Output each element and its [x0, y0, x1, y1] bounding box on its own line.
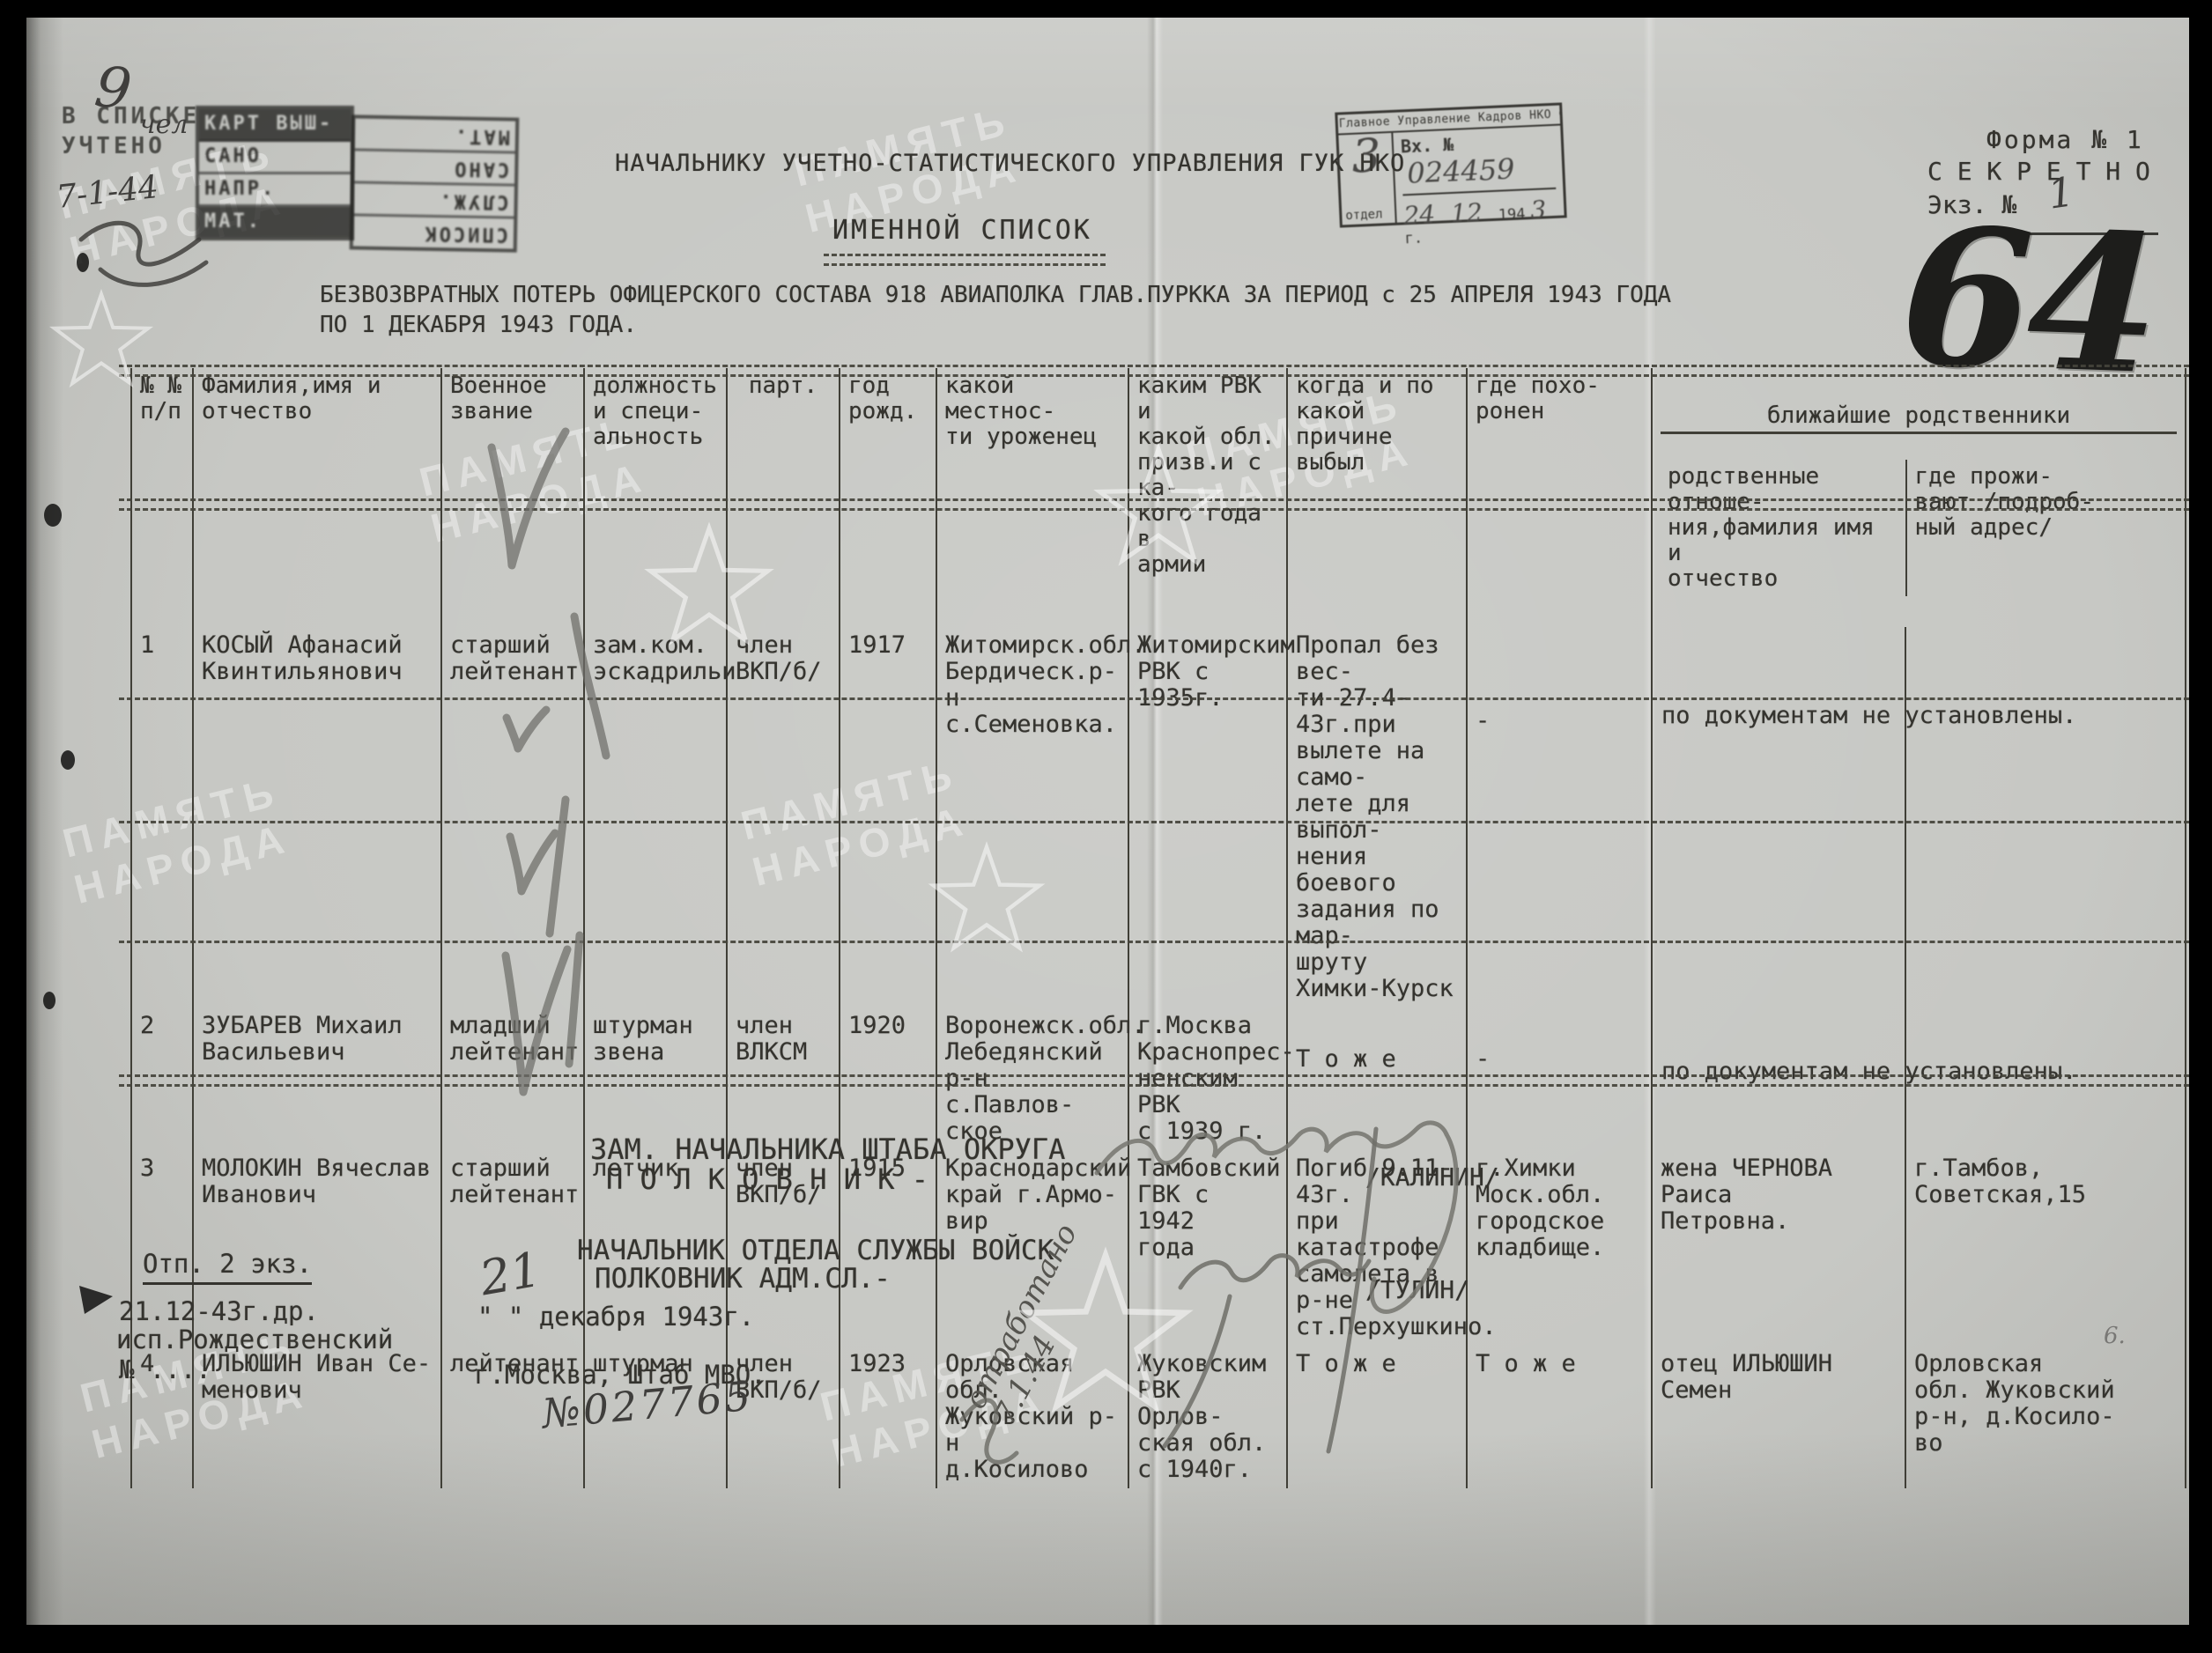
handwritten-count-unit: чел: [139, 109, 189, 140]
stamp-line: СПИСОК: [353, 213, 514, 248]
form-number: Форма № 1: [1986, 125, 2144, 154]
signoff-rank-2: ПОЛКОВНИК АДМ.СЛ.-: [595, 1263, 891, 1295]
handwritten-year: 3: [1530, 195, 1547, 225]
cell: Т о ж е: [1287, 1346, 1467, 1488]
cell: Орловская обл. Жуковский р-н, д.Косило- …: [1905, 1346, 2186, 1488]
cell: г.Тамбов, Советская,15: [1905, 1150, 2186, 1346]
handwritten-day: 21: [476, 1242, 545, 1307]
header-cell: № № п/п: [131, 368, 193, 627]
relatives-address-label: где прожи- вают /подроб- ный адрес/: [1905, 460, 2177, 596]
table-rule: [119, 697, 2189, 700]
header-cell: когда и по какой причине выбыл: [1287, 368, 1467, 627]
stamp-line: НАПР.: [199, 174, 351, 207]
margin-note: 6.: [2104, 1323, 2126, 1349]
executor-line: исп.Рождественский: [116, 1325, 393, 1354]
cell: старший лейтенант: [441, 627, 584, 1007]
date-line: " " декабря 1943г.: [477, 1302, 754, 1332]
inverted-stamp: СПИСОК СЛУЖ. САНО МАТ.: [350, 114, 520, 252]
table-header-row: № № п/п Фамилия,имя и отчество Военное з…: [131, 368, 2186, 627]
relatives-kin-label: родственные отноше- ния,фамилия имя и от…: [1661, 460, 1905, 596]
signoff-rank-1: П О Л К О В Н И К -: [606, 1162, 928, 1196]
stamp-line: МАТ.: [199, 207, 351, 237]
typed-date-line: 21.12-43г.др.: [119, 1296, 319, 1326]
header-cell: Военное звание: [441, 368, 584, 627]
cell: 1923: [840, 1346, 936, 1488]
cell: отец ИЛЬЮШИН Семен: [1652, 1346, 1905, 1488]
signoff-name-1: /КАЛИНИН/: [1365, 1162, 1499, 1192]
header-cell: где похо- ронен: [1467, 368, 1652, 627]
header-cell: должность и специ- альность: [584, 368, 727, 627]
handwritten-day: 24: [1403, 200, 1436, 231]
stamp-number-cell: Вх. № 024459 24 12 194 3 г.: [1393, 126, 1564, 223]
header-cell: каким РВК и какой обл. призв.и с ка- ког…: [1128, 368, 1287, 627]
cell: зам.ком. эскадрильи: [584, 627, 727, 1007]
stamp-line: СЛУЖ.: [353, 181, 514, 216]
header-cell: парт.: [727, 368, 840, 627]
paper-hole-blobs: [43, 253, 113, 1314]
cell: -: [1467, 627, 1652, 1007]
casualty-table: № № п/п Фамилия,имя и отчество Военное з…: [130, 368, 2186, 1488]
table-rule: [119, 821, 2189, 823]
copies-line: Отп. 2 экз.: [143, 1249, 312, 1285]
header-cell: год рожд.: [840, 368, 936, 627]
table-rule: [119, 941, 2189, 943]
relatives-note: по документам не установлены.: [1661, 703, 2076, 729]
signoff-post-2: НАЧАЛЬНИК ОТДЕЛА СЛУЖБЫ ВОЙСК: [577, 1235, 1054, 1266]
relatives-group-label: ближайшие родственники: [1661, 399, 2177, 434]
scan-background: ПАМЯТЬНАРОДА ПАМЯТЬНАРОДА ПАМЯТЬНАРОДА П…: [0, 0, 2212, 1653]
table-rule: [119, 498, 2189, 511]
cell: [1905, 627, 2186, 1007]
cell: Жуковским РВК Орлов- ская обл. с 1940г.: [1128, 1346, 1287, 1488]
cell: 1917: [840, 627, 936, 1007]
cell: Житомирским РВК с 1935г.: [1128, 627, 1287, 1007]
document-title: ИМЕННОЙ СПИСОК: [832, 215, 1092, 246]
signoff-name-2: /ТУЛИН/: [1365, 1275, 1469, 1304]
stamp-line: САНО: [199, 142, 351, 174]
stamp-year: 194: [1498, 205, 1526, 224]
handwritten-month: 12: [1450, 198, 1483, 229]
cell: 1: [131, 627, 193, 1007]
table-rule: [119, 365, 2189, 377]
document-page: ПАМЯТЬНАРОДА ПАМЯТЬНАРОДА ПАМЯТЬНАРОДА П…: [26, 18, 2189, 1625]
casualty-row: 4 ИЛЬЮШИН Иван Се- менович лейтенант шту…: [131, 1346, 2186, 1488]
casualty-row: 1 КОСЫЙ Афанасий Квинтильянович старший …: [131, 627, 2186, 1007]
stamp-line: САНО: [354, 148, 515, 183]
stamp-dept-label: отдел: [1345, 207, 1383, 223]
header-cell: Фамилия,имя и отчество: [193, 368, 441, 627]
stamp-line: МАТ.: [355, 118, 516, 151]
header-cell-relatives: ближайшие родственники родственные отнош…: [1652, 368, 2186, 627]
secret-label: С Е К Р Е Т Н О: [1927, 157, 2150, 186]
cell: КОСЫЙ Афанасий Квинтильянович: [193, 627, 441, 1007]
number-line: № ....: [119, 1354, 211, 1384]
cell: ИЛЬЮШИН Иван Се- менович: [193, 1346, 441, 1488]
title-underline: [824, 254, 1106, 266]
stamp-dept-cell: 3 отдел: [1338, 133, 1396, 225]
signoff-post-1: ЗАМ. НАЧАЛЬНИКА ШТАБА ОКРУГА: [590, 1133, 1065, 1166]
cell: Тамбовский ГВК с 1942 года: [1128, 1150, 1287, 1346]
handwritten-in-no: 024459: [1407, 152, 1516, 190]
addressee-line: НАЧАЛЬНИКУ УЧЕТНО-СТАТИСТИЧЕСКОГО УПРАВЛ…: [615, 150, 1405, 177]
cell: по документам не установлены.: [1652, 627, 1905, 1007]
cell: жена ЧЕРНОВА Раиса Петровна.: [1652, 1150, 1905, 1346]
header-cell: какой местнос- ти уроженец: [936, 368, 1128, 627]
cell: член ВКП/б/: [727, 627, 840, 1007]
cell: Житомирск.обл. Бердическ.р-н с.Семеновка…: [936, 627, 1128, 1007]
card-index-stamp: КАРТ ВЫШ- САНО НАПР. МАТ.: [196, 106, 354, 240]
document-subtitle: БЕЗВОЗВРАТНЫХ ПОТЕРЬ ОФИЦЕРСКОГО СОСТАВА…: [320, 280, 1671, 340]
cell: Пропал без вес- ти 27.4-43г.при вылете н…: [1287, 627, 1467, 1007]
stamp-line: КАРТ ВЫШ-: [199, 109, 351, 142]
stamp-year-suffix: г.: [1404, 229, 1423, 247]
table-rule: [119, 1074, 2189, 1087]
casualty-row: 3 МОЛОКИН Вячеслав Иванович старший лейт…: [131, 1150, 2186, 1346]
cell: Т о ж е: [1467, 1346, 1652, 1488]
stamp-in-label: Вх. №: [1401, 134, 1454, 158]
